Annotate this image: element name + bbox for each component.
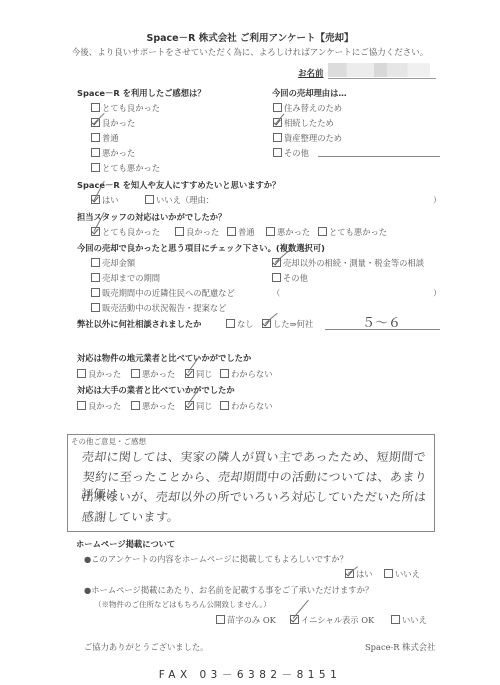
- checkbox-icon[interactable]: [220, 369, 229, 378]
- q4-option[interactable]: 普通: [227, 226, 255, 238]
- comment-line: 売却に関しては、実家の隣人が買い主であったため、短期間で: [81, 448, 427, 465]
- q2-option[interactable]: 資産整理のため: [273, 132, 342, 144]
- q2-option[interactable]: 住み替えのため: [273, 102, 342, 114]
- checkbox-icon[interactable]: [273, 103, 282, 112]
- homepage-heading: ホームページ掲載について: [76, 538, 175, 550]
- q8-option[interactable]: 悪かった: [131, 400, 175, 412]
- checkbox-icon[interactable]: [227, 227, 236, 236]
- q8-option[interactable]: わからない: [220, 400, 273, 412]
- q3-question: Space－R を知人や友人にすすめたいと思いますか？: [77, 179, 280, 191]
- checkbox-icon[interactable]: [131, 369, 140, 378]
- checkbox-icon[interactable]: [77, 401, 86, 410]
- checkbox-icon[interactable]: [273, 133, 282, 142]
- q7-option[interactable]: わからない: [220, 368, 273, 380]
- q4-option[interactable]: とても悪かった: [318, 226, 387, 238]
- q1-option[interactable]: とても悪かった: [91, 162, 160, 174]
- checkbox-icon[interactable]: [220, 401, 229, 410]
- q4-option[interactable]: 悪かった: [266, 226, 310, 238]
- homepage-q2: ●ホームページ掲載にあたり、お名前を記載する事をご了承いただけますか？: [84, 584, 373, 596]
- q1-question: Space－R を利用したご感想は？: [77, 87, 206, 99]
- comment-line: 出来ないが、売却以外の所でいろいろ対応していただいた所は: [81, 488, 427, 505]
- q5-left-option[interactable]: 売却金額: [91, 257, 135, 269]
- homepage-q1-no[interactable]: いいえ: [384, 568, 420, 580]
- checkbox-icon[interactable]: [91, 303, 100, 312]
- checkbox-icon[interactable]: [145, 195, 154, 204]
- redacted-name: [328, 63, 430, 77]
- q5-right-option[interactable]: その他: [272, 272, 308, 284]
- q6-handwritten-answer: ５～６: [362, 312, 401, 331]
- q6-none[interactable]: なし: [226, 318, 254, 330]
- checkbox-icon[interactable]: [266, 227, 275, 236]
- homepage-q2-option[interactable]: 苗字のみ OK: [216, 614, 276, 626]
- thanks-text: ご協力ありがとうございました。: [84, 641, 208, 653]
- checkbox-icon[interactable]: [391, 615, 400, 624]
- name-underline: [328, 78, 436, 79]
- checkbox-icon[interactable]: [91, 133, 100, 142]
- q8-question: 対応は大手の業者と比べていかがでしたか: [77, 384, 235, 396]
- q2-option[interactable]: その他: [273, 147, 309, 159]
- checkbox-icon[interactable]: [318, 227, 327, 236]
- q3-close-paren: ）: [433, 194, 441, 206]
- q7-question: 対応は物件の地元業者と比べていかがでしたか: [77, 352, 251, 364]
- q5-left-option[interactable]: 販売期間中の近隣住民への配慮など: [91, 287, 235, 299]
- name-field: お名前: [298, 65, 438, 79]
- q5-left-option[interactable]: 売却までの期間: [91, 272, 160, 284]
- homepage-q2-note: （※物件のご住所などはもちろん公開致しません。）: [94, 599, 271, 610]
- q5-right-option[interactable]: 売却以外の相続・測量・税金等の相談: [272, 257, 424, 269]
- checkbox-icon[interactable]: [175, 227, 184, 236]
- q1-option[interactable]: 悪かった: [91, 147, 135, 159]
- q7-option[interactable]: 悪かった: [131, 368, 175, 380]
- q2-option[interactable]: 相続したため: [273, 117, 334, 129]
- homepage-q1-yes[interactable]: はい: [345, 568, 373, 580]
- company-name: Space-R 株式会社: [365, 641, 435, 653]
- checkbox-icon[interactable]: [216, 615, 225, 624]
- survey-subtitle: 今後、より良いサポートをさせていただく為に、よろしければアンケートにご協力くださ…: [0, 46, 500, 58]
- q5-left-option[interactable]: 販売活動中の状況報告・提案など: [91, 302, 226, 314]
- checkbox-icon[interactable]: [272, 273, 281, 282]
- checkbox-icon[interactable]: [91, 163, 100, 172]
- homepage-q2-option[interactable]: いいえ: [391, 614, 427, 626]
- survey-title: Space－R 株式会社 ご利用アンケート【売却】: [0, 30, 500, 44]
- q1-option[interactable]: とても良かった: [91, 102, 160, 114]
- q4-option[interactable]: とても良かった: [91, 226, 160, 238]
- checkbox-icon[interactable]: [91, 103, 100, 112]
- q2-other-line[interactable]: [318, 156, 440, 157]
- q4-option[interactable]: 良かった: [175, 226, 219, 238]
- q8-option[interactable]: 良かった: [77, 400, 121, 412]
- q3-no[interactable]: いいえ（理由：: [145, 194, 214, 206]
- fax-number: FAX 03－6382－8151: [0, 667, 500, 682]
- checkbox-icon[interactable]: [273, 148, 282, 157]
- q7-option[interactable]: 良かった: [77, 368, 121, 380]
- comments-label: その他ご意見・ご感想: [71, 436, 146, 447]
- checkbox-icon[interactable]: [91, 258, 100, 267]
- checkbox-icon[interactable]: [91, 148, 100, 157]
- checkbox-icon[interactable]: [131, 401, 140, 410]
- checkbox-icon[interactable]: [77, 369, 86, 378]
- q1-option[interactable]: 普通: [91, 132, 119, 144]
- q5-other-close-paren: ）: [433, 287, 441, 299]
- q6-question: 弊社以外に何社相談されましたか: [77, 318, 201, 330]
- q5-other-open-paren: （: [272, 287, 280, 299]
- name-label: お名前: [298, 67, 324, 79]
- checkbox-icon[interactable]: [91, 273, 100, 282]
- comment-line: 感謝しています。: [81, 508, 180, 525]
- q2-question: 今回の売却理由は…: [272, 87, 347, 99]
- homepage-q1: ●このアンケートの内容をホームページに掲載してもよろしいですか？: [84, 553, 348, 565]
- checkbox-icon[interactable]: [91, 288, 100, 297]
- checkbox-icon[interactable]: [384, 569, 393, 578]
- checkbox-icon[interactable]: [226, 319, 235, 328]
- comments-box[interactable]: その他ご意見・ご感想 売却に関しては、実家の隣人が買い主であったため、短期間で …: [67, 434, 435, 532]
- homepage-q2-option[interactable]: イニシャル表示 OK: [290, 614, 374, 626]
